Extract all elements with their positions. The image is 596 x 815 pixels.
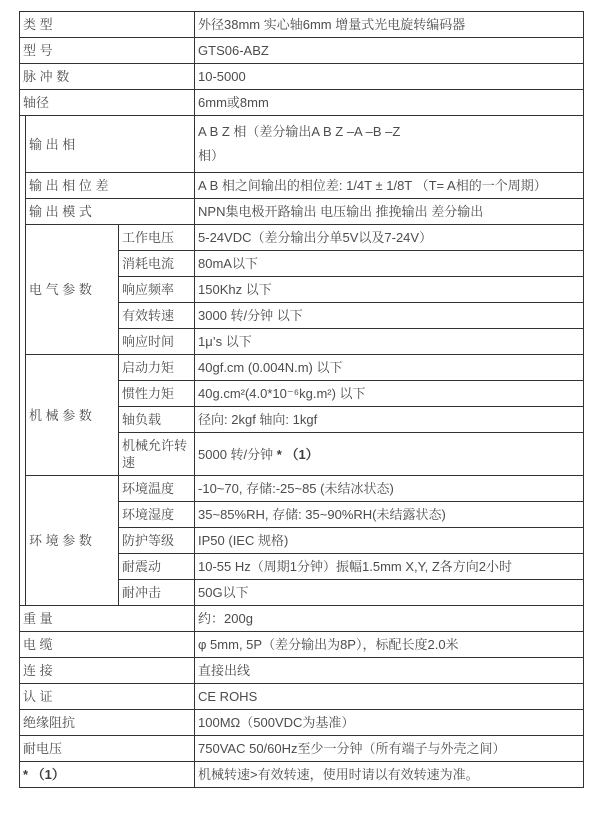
row-footnote: * （1） 机械转速>有效转速，使用时请以有效转速为准。 — [20, 762, 584, 788]
row-ambient-temperature: 环 境 参 数 环境温度 -10~70, 存储:-25~85 (未结冰状态) — [20, 476, 584, 502]
row-connection: 连 接 直接出线 — [20, 658, 584, 684]
sub-label: 环境温度 — [119, 476, 195, 502]
row-value: 10-5000 — [195, 64, 584, 90]
encoder-spec-table: 类 型 外径38mm 实心轴6mm 增量式光电旋转编码器 型 号 GTS06-A… — [19, 11, 584, 788]
row-label: 耐电压 — [20, 736, 195, 762]
row-value: IP50 (IEC 规格) — [195, 528, 584, 554]
row-value: 5000 转/分钟 * （1） — [195, 433, 584, 476]
row-value: 5-24VDC（差分输出分单5V以及7-24V） — [195, 225, 584, 251]
row-value: A B 相之间输出的相位差: 1/4T ± 1/8T （T= A相的一个周期） — [195, 173, 584, 199]
sub-label: 响应时间 — [119, 329, 195, 355]
row-value: 50G以下 — [195, 580, 584, 606]
row-value: 35~85%RH, 存储: 35~90%RH(未结露状态) — [195, 502, 584, 528]
row-value: NPN集电极开路输出 电压输出 推挽输出 差分输出 — [195, 199, 584, 225]
row-label: 重 量 — [20, 606, 195, 632]
row-value: 外径38mm 实心轴6mm 增量式光电旋转编码器 — [195, 12, 584, 38]
row-output-phase-difference: 输 出 相 位 差 A B 相之间输出的相位差: 1/4T ± 1/8T （T=… — [20, 173, 584, 199]
row-model: 型 号 GTS06-ABZ — [20, 38, 584, 64]
row-weight: 重 量 约：200g — [20, 606, 584, 632]
row-value: 750VAC 50/60Hz至少一分钟（所有端子与外壳之间） — [195, 736, 584, 762]
row-label: 输 出 相 位 差 — [26, 173, 195, 199]
row-label: 电 缆 — [20, 632, 195, 658]
row-withstand-voltage: 耐电压 750VAC 50/60Hz至少一分钟（所有端子与外壳之间） — [20, 736, 584, 762]
row-label: 绝缘阻抗 — [20, 710, 195, 736]
row-value: A B Z 相（差分输出A B Z –A –B –Z 相） — [195, 116, 584, 173]
row-label: 轴径 — [20, 90, 195, 116]
row-label: 型 号 — [20, 38, 195, 64]
row-output-phase: 输 出 相 A B Z 相（差分输出A B Z –A –B –Z 相） — [20, 116, 584, 173]
row-type: 类 型 外径38mm 实心轴6mm 增量式光电旋转编码器 — [20, 12, 584, 38]
sub-label: 启动力矩 — [119, 355, 195, 381]
row-label: 连 接 — [20, 658, 195, 684]
sub-label: 消耗电流 — [119, 251, 195, 277]
row-value: -10~70, 存储:-25~85 (未结冰状态) — [195, 476, 584, 502]
row-pulse-count: 脉 冲 数 10-5000 — [20, 64, 584, 90]
row-value: 10-55 Hz（周期1分钟）振幅1.5mm X,Y, Z各方向2小时 — [195, 554, 584, 580]
row-output-mode: 输 出 模 式 NPN集电极开路输出 电压输出 推挽输出 差分输出 — [20, 199, 584, 225]
group-label-mechanical: 机 械 参 数 — [26, 355, 119, 476]
row-value: 150Khz 以下 — [195, 277, 584, 303]
row-value: 约：200g — [195, 606, 584, 632]
row-value: 1μ’s 以下 — [195, 329, 584, 355]
row-value: 6mm或8mm — [195, 90, 584, 116]
row-label: 输 出 模 式 — [26, 199, 195, 225]
row-value: 径向: 2kgf 轴向: 1kgf — [195, 407, 584, 433]
row-value: 40gf.cm (0.004N.m) 以下 — [195, 355, 584, 381]
spec-sheet-page: 类 型 外径38mm 实心轴6mm 增量式光电旋转编码器 型 号 GTS06-A… — [0, 0, 596, 796]
row-value: 80mA以下 — [195, 251, 584, 277]
footnote-value: 机械转速>有效转速，使用时请以有效转速为准。 — [195, 762, 584, 788]
sub-label: 环境湿度 — [119, 502, 195, 528]
row-starting-torque: 机 械 参 数 启动力矩 40gf.cm (0.004N.m) 以下 — [20, 355, 584, 381]
row-cable: 电 缆 φ 5mm, 5P（差分输出为8P），标配长度2.0米 — [20, 632, 584, 658]
row-value: 100MΩ（500VDC为基准） — [195, 710, 584, 736]
row-value: CE ROHS — [195, 684, 584, 710]
sub-label: 响应频率 — [119, 277, 195, 303]
row-value: φ 5mm, 5P（差分输出为8P），标配长度2.0米 — [195, 632, 584, 658]
row-shaft-diameter: 轴径 6mm或8mm — [20, 90, 584, 116]
row-certification: 认 证 CE ROHS — [20, 684, 584, 710]
row-label: 类 型 — [20, 12, 195, 38]
row-working-voltage: 电 气 参 数 工作电压 5-24VDC（差分输出分单5V以及7-24V） — [20, 225, 584, 251]
sub-label: 有效转速 — [119, 303, 195, 329]
row-value: 40g.cm²(4.0*10⁻⁶kg.m²) 以下 — [195, 381, 584, 407]
row-label: 脉 冲 数 — [20, 64, 195, 90]
row-value: GTS06-ABZ — [195, 38, 584, 64]
sub-label: 耐震动 — [119, 554, 195, 580]
row-label: 认 证 — [20, 684, 195, 710]
row-insulation-resistance: 绝缘阻抗 100MΩ（500VDC为基准） — [20, 710, 584, 736]
sub-label: 工作电压 — [119, 225, 195, 251]
sub-label: 惯性力矩 — [119, 381, 195, 407]
row-value: 3000 转/分钟 以下 — [195, 303, 584, 329]
sub-label: 机械允许转速 — [119, 433, 195, 476]
row-value: 直接出线 — [195, 658, 584, 684]
group-label-environmental: 环 境 参 数 — [26, 476, 119, 606]
sub-label: 防护等级 — [119, 528, 195, 554]
footnote-label: * （1） — [20, 762, 195, 788]
sub-label: 耐冲击 — [119, 580, 195, 606]
sub-label: 轴负载 — [119, 407, 195, 433]
row-label: 输 出 相 — [26, 116, 195, 173]
footnote-marker: * （1） — [277, 447, 319, 462]
group-label-electrical: 电 气 参 数 — [26, 225, 119, 355]
